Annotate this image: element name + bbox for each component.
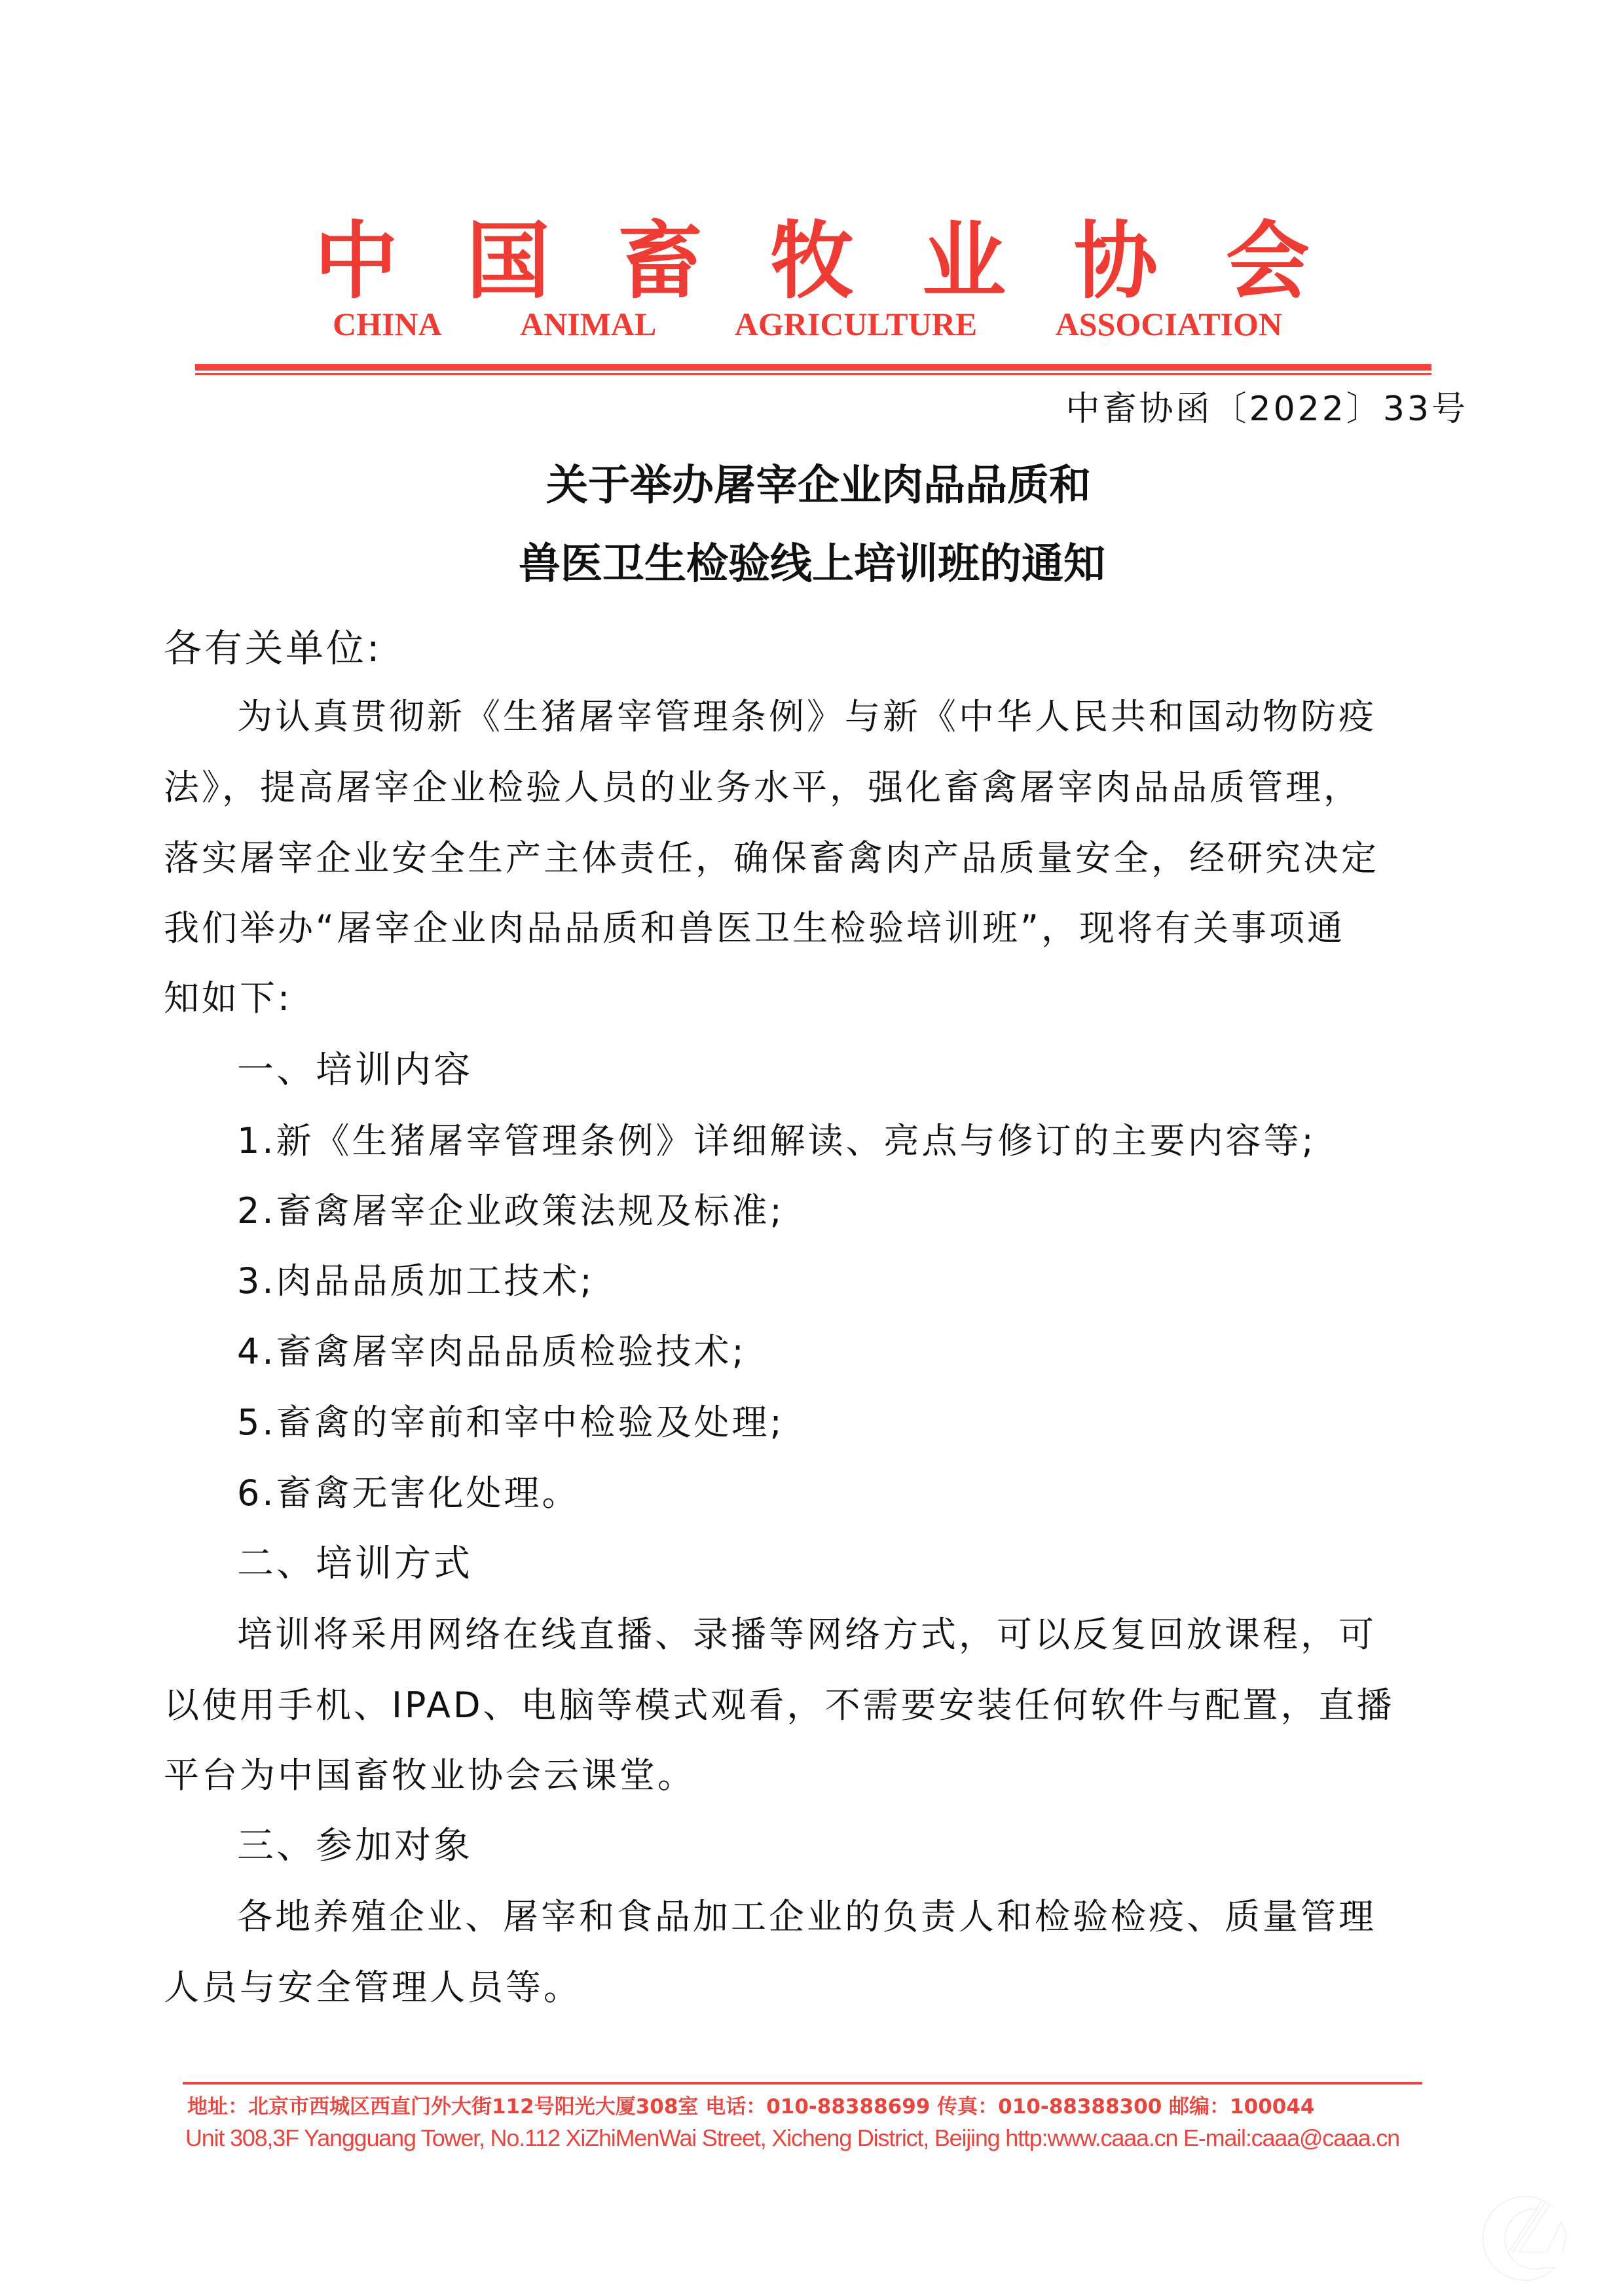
org-name-english: CHINA ANIMAL AGRICULTURE ASSOCIATION (333, 308, 1282, 340)
training-content-item: 5.畜禽的宰前和宰中检验及处理; (237, 1400, 1547, 1446)
training-content-item: 6.畜禽无害化处理。 (237, 1470, 1547, 1516)
document-title-line-1: 关于举办屠宰企业肉品品质和 (0, 452, 1624, 512)
org-name-char: 协 (1074, 194, 1158, 314)
section-heading-participants: 三、参加对象 (237, 1823, 473, 1869)
footer-contact-chinese: 地址：北京市西城区西直门外大街112号阳光大厦308室 电话：010-88388… (187, 2092, 1314, 2121)
org-name-chinese: 中 国 畜 牧 业 协 会 (314, 208, 1310, 300)
org-name-char: 畜 (618, 194, 702, 314)
org-name-word: ANIMAL (520, 305, 656, 343)
intro-paragraph-line: 法》，提高屠宰企业检验人员的业务水平，强化畜禽屠宰肉品品质管理， (164, 765, 1473, 811)
training-method-line: 以使用手机、IPAD、电脑等模式观看，不需要安装任何软件与配置，直播 (164, 1683, 1473, 1728)
caaa-logo-icon (1481, 2195, 1568, 2281)
participants-line: 人员与安全管理人员等。 (164, 1965, 1473, 2011)
training-content-item: 1.新《生猪屠宰管理条例》详细解读、亮点与修订的主要内容等; (237, 1118, 1547, 1164)
org-name-word: ASSOCIATION (1056, 305, 1282, 343)
document-number: 中畜协函〔2022〕33号 (1065, 386, 1468, 432)
training-content-item: 4.畜禽屠宰肉品品质检验技术; (237, 1329, 1547, 1375)
document-title-line-2: 兽医卫生检验线上培训班的通知 (0, 530, 1624, 591)
training-method-line: 培训将采用网络在线直播、录播等网络方式，可以反复回放课程，可 (237, 1612, 1547, 1658)
salutation: 各有关单位: (164, 622, 382, 674)
intro-paragraph-line: 落实屠宰企业安全生产主体责任，确保畜禽肉产品质量安全，经研究决定 (164, 835, 1473, 881)
training-content-item: 2.畜禽屠宰企业政策法规及标准; (237, 1188, 1547, 1234)
org-name-char: 国 (466, 194, 550, 314)
section-heading-training-content: 一、培训内容 (237, 1048, 473, 1093)
org-name-word: CHINA (333, 305, 442, 343)
org-name-char: 牧 (770, 194, 854, 314)
intro-paragraph-line: 知如下: (164, 975, 1473, 1021)
section-heading-training-method: 二、培训方式 (237, 1541, 473, 1587)
header-divider-thin (195, 373, 1431, 375)
org-name-char: 业 (922, 194, 1006, 314)
intro-paragraph-line: 我们举办“屠宰企业肉品品质和兽医卫生检验培训班”，现将有关事项通 (164, 905, 1473, 951)
participants-line: 各地养殖企业、屠宰和食品加工企业的负责人和检验检疫、质量管理 (237, 1894, 1547, 1940)
org-name-word: AGRICULTURE (735, 305, 977, 343)
org-name-char: 中 (314, 194, 398, 314)
intro-paragraph-line: 为认真贯彻新《生猪屠宰管理条例》与新《中华人民共和国动物防疫 (237, 694, 1475, 740)
footer-contact-english: Unit 308,3F Yangguang Tower, No.112 XiZh… (185, 2124, 1399, 2153)
footer-divider (183, 2082, 1422, 2085)
training-content-item: 3.肉品品质加工技术; (237, 1258, 1547, 1304)
header-divider-thick (195, 364, 1431, 371)
training-method-line: 平台为中国畜牧业协会云课堂。 (164, 1753, 1473, 1798)
org-name-char: 会 (1226, 194, 1310, 314)
